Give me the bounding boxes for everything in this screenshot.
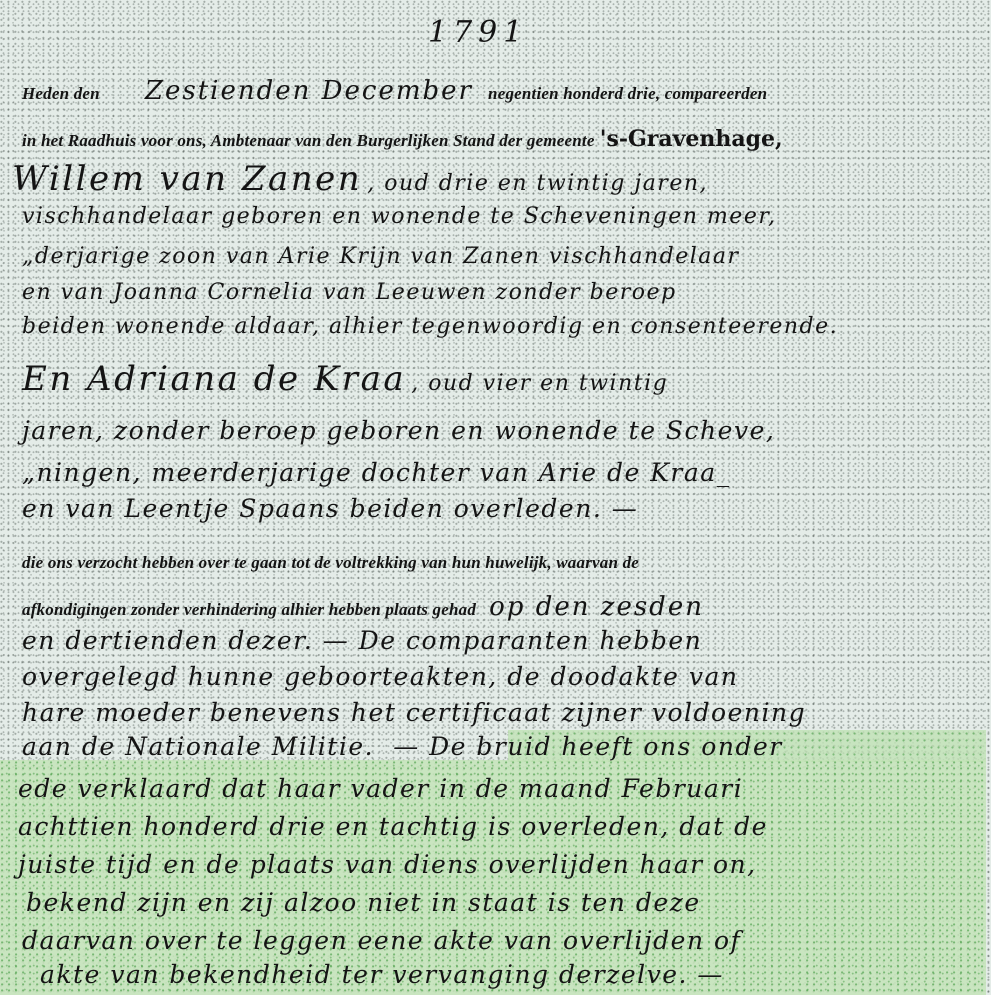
record-line-14: en dertienden dezer. — De comparanten he… bbox=[22, 628, 702, 653]
record-line-15: overgelegd hunne geboorteakten, de dooda… bbox=[22, 664, 739, 689]
record-line-22: daarvan over te leggen eene akte van ove… bbox=[22, 928, 741, 953]
record-line-17: aan de Nationale Militie. — De bruid hee… bbox=[22, 734, 783, 759]
municipality-name: 's-Gravenhage, bbox=[600, 126, 783, 152]
handwritten-date: Zestienden December bbox=[145, 76, 473, 106]
record-line-6: en van Joanna Cornelia van Leeuwen zonde… bbox=[22, 282, 677, 304]
record-line-16: hare moeder benevens het certificaat zij… bbox=[22, 700, 806, 725]
record-line-21: bekend zijn en zij alzoo niet in staat i… bbox=[26, 890, 701, 915]
handwritten-text: aan de Nationale Militie. bbox=[22, 732, 374, 761]
printed-text: negentien honderd drie, compareerden bbox=[488, 84, 767, 103]
bride-name: En Adriana de Kraa bbox=[22, 359, 406, 399]
printed-text: afkondigingen zonder verhindering alhier… bbox=[22, 600, 476, 619]
handwritten-dates: op den zesden bbox=[489, 592, 704, 622]
header-year: 1791 bbox=[428, 18, 528, 48]
record-line-13: afkondigingen zonder verhindering alhier… bbox=[22, 594, 704, 620]
record-line-3: Willem van Zanen , oud drie en twintig j… bbox=[12, 162, 708, 196]
record-line-5: „derjarige zoon van Arie Krijn van Zanen… bbox=[22, 246, 740, 268]
printed-text: Heden den bbox=[22, 84, 100, 103]
printed-text: in het Raadhuis voor ons, Ambtenaar van … bbox=[22, 131, 595, 150]
record-line-10: „ningen, meerderjarige dochter van Arie … bbox=[22, 460, 731, 485]
record-line-9: jaren, zonder beroep geboren en wonende … bbox=[22, 418, 775, 443]
record-line-19: achttien honderd drie en tachtig is over… bbox=[18, 814, 768, 839]
record-line-1: Heden den Zestienden December negentien … bbox=[22, 78, 767, 104]
record-line-12: die ons verzocht hebben over te gaan tot… bbox=[22, 554, 639, 571]
record-line-2: in het Raadhuis voor ons, Ambtenaar van … bbox=[22, 128, 783, 150]
record-line-4: vischhandelaar geboren en wonende te Sch… bbox=[22, 206, 776, 228]
record-line-23: akte van bekendheid ter vervanging derze… bbox=[40, 962, 724, 987]
handwritten-text: , oud drie en twintig jaren, bbox=[367, 171, 708, 196]
record-line-20: juiste tijd en de plaats van diens overl… bbox=[18, 852, 757, 877]
record-line-7: beiden wonende aldaar, alhier tegenwoord… bbox=[22, 316, 838, 338]
record-line-8: En Adriana de Kraa , oud vier en twintig bbox=[22, 362, 668, 396]
record-line-11: en van Leentje Spaans beiden overleden. … bbox=[22, 496, 638, 521]
record-line-18: ede verklaard dat haar vader in de maand… bbox=[18, 776, 743, 801]
groom-name: Willem van Zanen bbox=[12, 159, 362, 199]
highlighted-handwritten-text: — De bruid heeft ons onder bbox=[393, 732, 783, 761]
handwritten-text: , oud vier en twintig bbox=[411, 371, 668, 396]
